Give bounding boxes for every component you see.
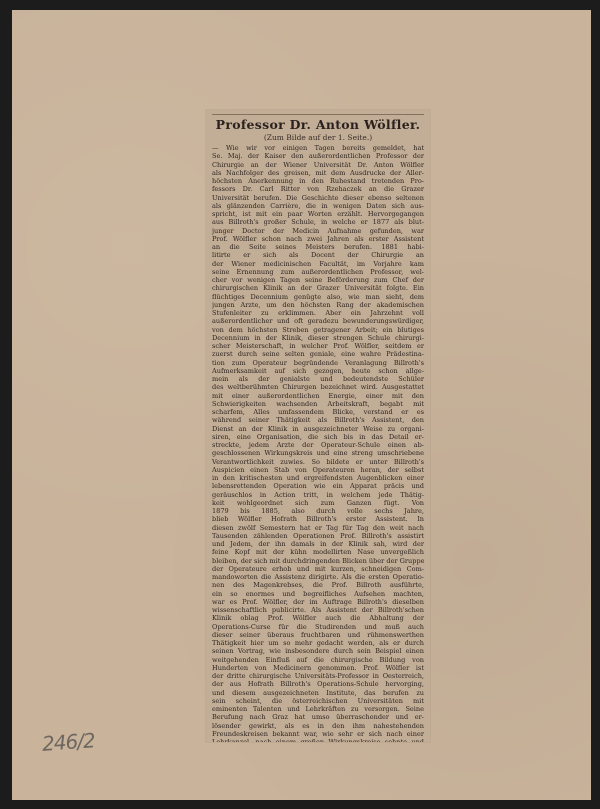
article-line: spricht, ist mit ein paar Worten erzählt…	[212, 210, 424, 218]
article-line: als glänzenden Carrière, die in wenigen …	[212, 202, 424, 210]
archive-sheet: Professor Dr. Anton Wölfler. (Zum Bilde …	[12, 10, 591, 800]
article-line: Prof. Wölfler schon nach zwei Jahren als…	[212, 235, 424, 243]
article-line: Freundeskreisen bekannt war, wie sehr er…	[212, 730, 424, 738]
article-line: Schwierigkeiten wachsenden Arbeitskraft,…	[212, 400, 424, 408]
article-line: scharfem, Alles umfassendem Blicke, vers…	[212, 408, 424, 416]
article-title: Professor Dr. Anton Wölfler.	[212, 117, 424, 132]
article-line: Dienst an der Klinik in ausgezeichneter …	[212, 425, 424, 433]
article-line: 1879 bis 1885, also durch volle sechs Ja…	[212, 507, 424, 515]
article-line: Chirurgie an der Wiener Universität Dr. …	[212, 161, 424, 169]
article-line: der dritte chirurgische Universitäts-Pro…	[212, 672, 424, 680]
article-line: feine Kopf mit der kühn modellirten Nase…	[212, 548, 424, 556]
article-line: weitgehenden Einfluß auf die chirurgisch…	[212, 656, 424, 664]
article-line: und diesem ausgezeichneten Institute, da…	[212, 689, 424, 697]
article-line: lösender gewirkt, als es in den ihm nahe…	[212, 722, 424, 730]
article-line: als Nachfolger des greisen, mit dem Ausd…	[212, 169, 424, 177]
article-line: geräuschlos in Action tritt, in welchem …	[212, 491, 424, 499]
article-line: in den kritischesten und ergreifendsten …	[212, 474, 424, 482]
article-line: der Operateure erhob und mit kurzen, sch…	[212, 565, 424, 573]
article-line: Universität berufen. Die Geschichte dies…	[212, 194, 424, 202]
article-line: zuerst durch seine selten geniale, eine …	[212, 350, 424, 358]
article-line: Lehrkanzel, nach einem großen Wirkungskr…	[212, 738, 424, 742]
article-line: Tausenden zählenden Operationen Prof. Bi…	[212, 532, 424, 540]
article-line: jungen Arzte, um den höchsten Rang der a…	[212, 301, 424, 309]
article-line: keit wohlgeordnet sich zum Ganzen fügt. …	[212, 499, 424, 507]
article-line: tion zum Operateur begründende Veranlagu…	[212, 359, 424, 367]
pencil-annotation: 246/2	[41, 728, 95, 756]
article-line: der aus Hofrath Billroth's Operations-Sc…	[212, 680, 424, 688]
article-line: und Jedem, der ihn damals in der Klinik …	[212, 540, 424, 548]
article-line: während seiner Thätigkeit als Billroth's…	[212, 416, 424, 424]
article-line: siren, eine Organisation, die sich bis i…	[212, 433, 424, 441]
article-line: höchsten Anerkennung in den Ruhestand tr…	[212, 177, 424, 185]
article-line: Thätigkeit hier um so mehr gedacht werde…	[212, 639, 424, 647]
article-line: seine Ernennung zum außerordentlichen Pr…	[212, 268, 424, 276]
article-line: cher vor wenigen Tagen seine Beförderung…	[212, 276, 424, 284]
article-line: außerordentlicher und oft geradezu bewun…	[212, 317, 424, 325]
article-line: litirte er sich als Docent der Chirurgie…	[212, 251, 424, 259]
article-line: fessors Dr. Carl Ritter von Rzehaczek an…	[212, 185, 424, 193]
article-line: scher Meisterschaft, in welcher Prof. Wö…	[212, 342, 424, 350]
article-line: lebensrettenden Operation wie ein Appara…	[212, 482, 424, 490]
article-line: Decennium in der Klinik, dieser strengen…	[212, 334, 424, 342]
article-line: des weltberühmten Chirurgen bezeichnet w…	[212, 383, 424, 391]
newspaper-clipping: Professor Dr. Anton Wölfler. (Zum Bilde …	[206, 110, 430, 742]
article-line: Klinik oblag Prof. Wölfler auch die Abha…	[212, 614, 424, 622]
article-line: nen des Magenkrebses, die Prof. Billroth…	[212, 581, 424, 589]
article-line: Hunderten von Medicinern genommen. Prof.…	[212, 664, 424, 672]
article-line: ein so enormes und begreifliches Aufsehe…	[212, 590, 424, 598]
article-line: an die Seite seines Meisters berufen. 18…	[212, 243, 424, 251]
article-line: blieb Wölfler Hofrath Billroth's erster …	[212, 515, 424, 523]
article-line: Auspicien einen Stab von Operateuren her…	[212, 466, 424, 474]
article-line: Verantwortlichkeit zuwies. So bildete er…	[212, 458, 424, 466]
article-line: wissenschaftlich publicirte. Als Assiste…	[212, 606, 424, 614]
article-line: Aufmerksamkeit auf sich gezogen, heute s…	[212, 367, 424, 375]
article-line: Se. Maj. der Kaiser den außerordentliche…	[212, 152, 424, 160]
article-subtitle: (Zum Bilde auf der 1. Seite.)	[212, 133, 424, 142]
article-line: geschlossenen Wirkungskreis und eine str…	[212, 449, 424, 457]
article-line: bleiben, der sich mit durchdringenden Bl…	[212, 557, 424, 565]
article-line: junger Doctor der Medicin Aufnahme gefun…	[212, 227, 424, 235]
article-line: von dem höchsten Streben getragener Arbe…	[212, 326, 424, 334]
article-line: Operations-Curse für die Studirenden und…	[212, 623, 424, 631]
top-rule	[212, 114, 424, 115]
article-line: mein als der genialste und bedeutendste …	[212, 375, 424, 383]
article-line: Stufenleiter zu erklimmen. Aber ein Jahr…	[212, 309, 424, 317]
article-line: war es Prof. Wölfler, der im Auftrage Bi…	[212, 598, 424, 606]
article-line: — Wie wir vor einigen Tagen bereits geme…	[212, 144, 424, 152]
article-line: diesen zwölf Semestern hat er Tag für Ta…	[212, 524, 424, 532]
article-body: — Wie wir vor einigen Tagen bereits geme…	[212, 144, 424, 742]
article-line: mandoworten die Assistenz dirigirte. Als…	[212, 573, 424, 581]
article-line: sein scheint, die österreichischen Unive…	[212, 697, 424, 705]
article-line: eminenten Talenten und Lehrkräften zu ve…	[212, 705, 424, 713]
article-line: streckte, jedem Arzte der Operateur-Schu…	[212, 441, 424, 449]
article-line: flüchtiges Decennium genügte also, wie m…	[212, 293, 424, 301]
article-line: aus Billroth's großer Schule, in welche …	[212, 218, 424, 226]
article-line: mit einer außerordentlichen Energie, ein…	[212, 392, 424, 400]
article-line: Berufung nach Graz hat umso überraschend…	[212, 713, 424, 721]
article-line: seinen Vortrag, wie insbesondere durch s…	[212, 647, 424, 655]
article-line: dieser seiner überaus fruchtbaren und rü…	[212, 631, 424, 639]
article-line: chirurgischen Klinik an der Grazer Unive…	[212, 284, 424, 292]
article-line: der Wiener medicinischen Facultät, im Vo…	[212, 260, 424, 268]
